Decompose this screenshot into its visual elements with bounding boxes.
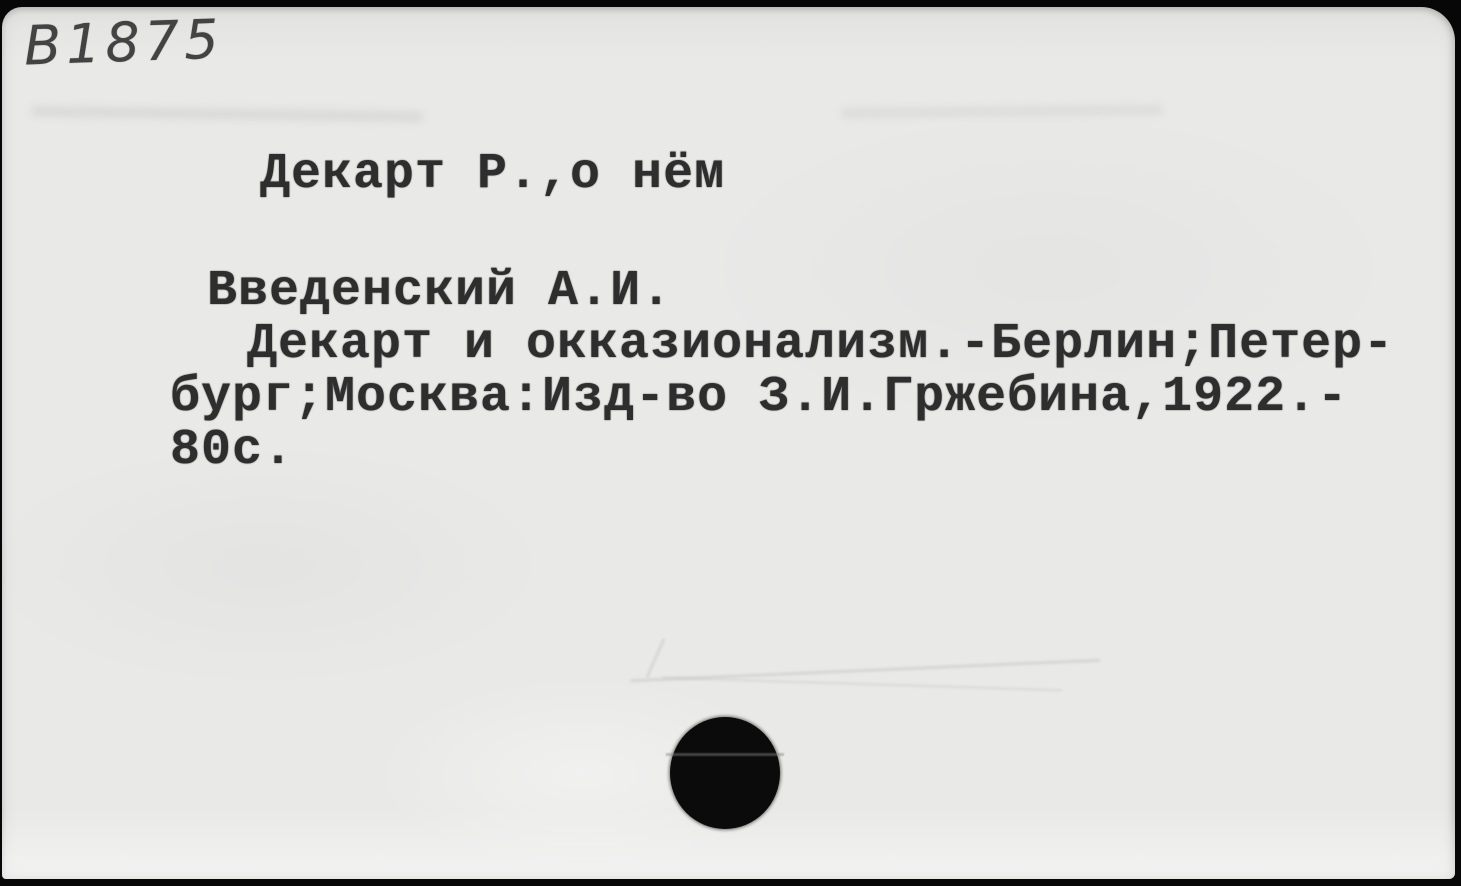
library-catalog-card: В1875 Декарт Р.,о нём Введенский А.И. Де… — [2, 7, 1455, 879]
erased-pencil-smudge — [32, 106, 422, 121]
pencil-scratch-mark — [662, 677, 1062, 692]
entry-author-line: Введенский А.И. — [207, 267, 672, 317]
entry-title-line: Декарт и окказионализм.-Берлин;Петер- — [247, 320, 1394, 370]
erased-pencil-smudge — [842, 105, 1162, 117]
pencil-scratch-mark — [646, 638, 666, 678]
scanned-image-background: В1875 Декарт Р.,о нём Введенский А.И. Де… — [0, 0, 1461, 886]
scratch-line — [666, 753, 784, 756]
entry-pagination-line: 80с. — [170, 426, 294, 476]
subject-heading: Декарт Р.,о нём — [260, 150, 725, 200]
pencil-scratch-mark — [630, 659, 1100, 682]
handwritten-call-number: В1875 — [23, 8, 225, 78]
punch-hole — [670, 717, 780, 829]
entry-imprint-line: бург;Москва:Изд-во З.И.Гржебина,1922.- — [170, 373, 1348, 423]
